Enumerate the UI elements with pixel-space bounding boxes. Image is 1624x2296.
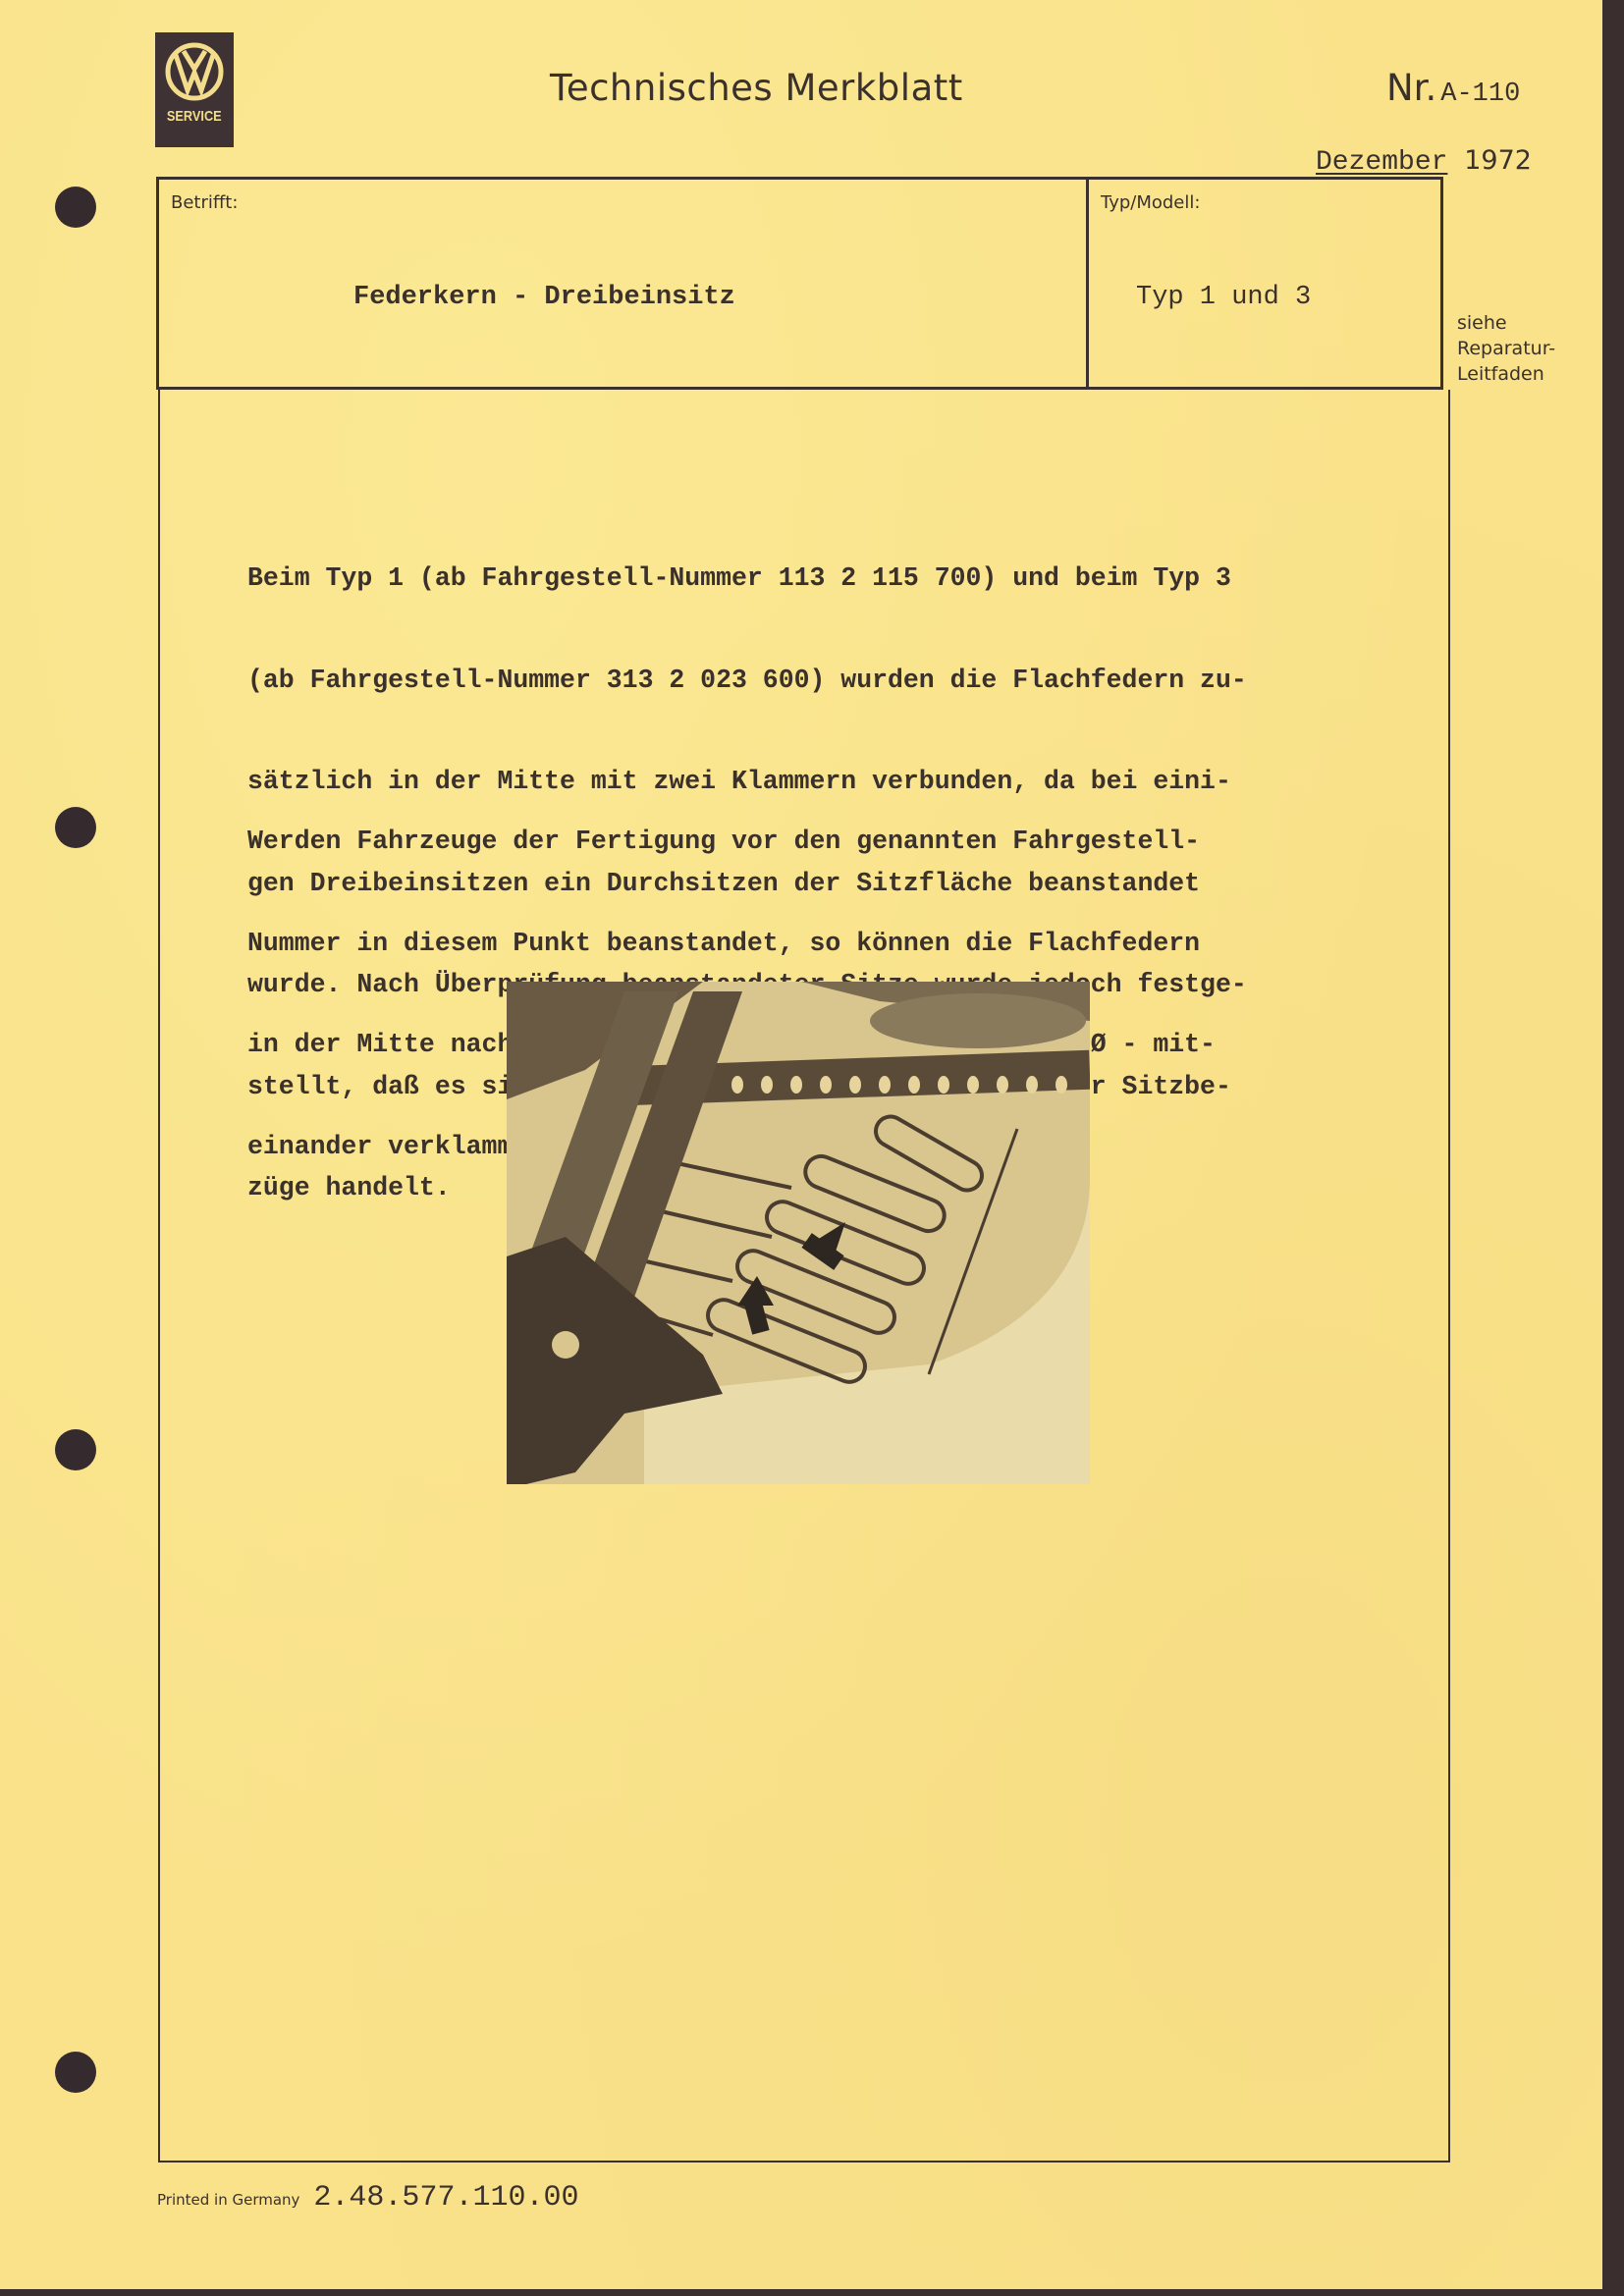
document-date: Dezember 1972 [1316, 145, 1532, 178]
nr-value: A-110 [1440, 80, 1520, 109]
document-page: SERVICE Technisches Merkblatt Nr. A-110 … [0, 0, 1602, 2289]
text-line: (ab Fahrgestell-Nummer 313 2 023 600) wu… [247, 664, 1426, 698]
document-number: Nr. A-110 [1386, 67, 1520, 109]
punch-hole [55, 2052, 96, 2093]
seat-spring-photo [507, 982, 1090, 1484]
punch-hole [55, 807, 96, 848]
text-line: Werden Fahrzeuge der Fertigung vor den g… [247, 825, 1426, 859]
vw-service-logo: SERVICE [155, 32, 234, 147]
see-reference: siehe Reparatur- Leitfaden [1457, 310, 1555, 387]
see-line: Leitfaden [1457, 361, 1555, 387]
model-label: Typ/Modell: [1101, 192, 1200, 213]
print-code: 2.48.577.110.00 [313, 2181, 578, 2215]
document-title: Technisches Merkblatt [550, 67, 963, 109]
see-line: Reparatur- [1457, 336, 1555, 361]
see-line: siehe [1457, 310, 1555, 336]
text-line: Beim Typ 1 (ab Fahrgestell-Nummer 113 2 … [247, 561, 1426, 596]
footer: Printed in Germany 2.48.577.110.00 [157, 2181, 578, 2215]
vw-logo-icon [164, 41, 225, 102]
date-year: 1972 [1464, 145, 1532, 176]
logo-service-text: SERVICE [167, 108, 222, 125]
header-divider [1086, 177, 1089, 390]
subject-value: Federkern - Dreibeinsitz [353, 283, 735, 312]
punch-hole [55, 187, 96, 228]
nr-label: Nr. [1386, 67, 1436, 109]
date-month: Dezember [1316, 147, 1447, 178]
model-value: Typ 1 und 3 [1136, 283, 1311, 312]
punch-hole [55, 1429, 96, 1470]
subject-label: Betrifft: [171, 192, 238, 213]
text-line: Nummer in diesem Punkt beanstandet, so k… [247, 927, 1426, 961]
printed-in: Printed in Germany [157, 2191, 299, 2209]
